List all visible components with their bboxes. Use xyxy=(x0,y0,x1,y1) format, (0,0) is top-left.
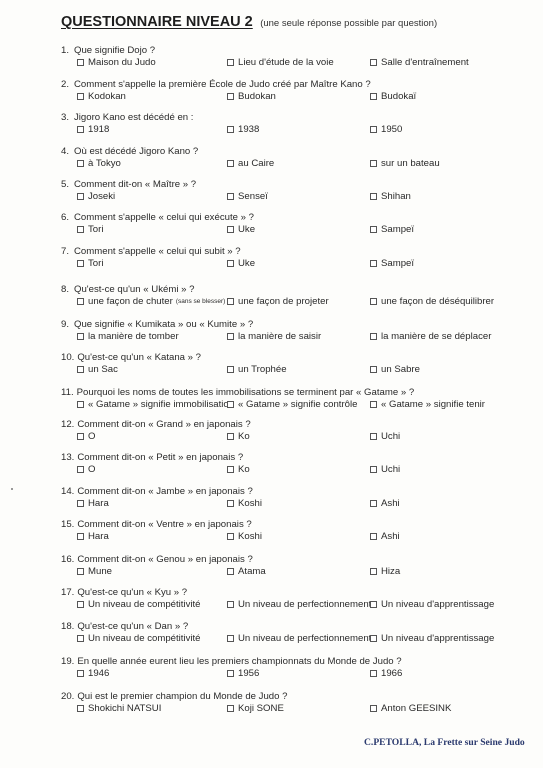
answer-option[interactable]: la manière de saisir xyxy=(227,331,321,342)
checkbox-icon[interactable] xyxy=(227,601,234,608)
checkbox-icon[interactable] xyxy=(370,193,377,200)
question-number: 16. xyxy=(61,554,74,565)
question-number: 4. xyxy=(61,146,71,157)
answer-option-label: Ashi xyxy=(381,531,400,542)
checkbox-icon[interactable] xyxy=(227,366,234,373)
answer-option-label: un Sac xyxy=(88,364,118,375)
answer-option-label: Hara xyxy=(88,498,109,509)
answer-option[interactable]: Ashi xyxy=(370,531,400,542)
question-20: 20.Qui est le premier champion du Monde … xyxy=(0,691,543,721)
checkbox-icon[interactable] xyxy=(77,705,84,712)
answer-option[interactable]: Sampeï xyxy=(370,258,414,269)
question-number: 1. xyxy=(61,45,71,56)
answer-option-label: Shokichi NATSUI xyxy=(88,703,161,714)
question-number: 6. xyxy=(61,212,71,223)
answer-option[interactable]: Senseï xyxy=(227,191,268,202)
answer-option[interactable]: Hiza xyxy=(370,566,400,577)
question-number: 5. xyxy=(61,179,71,190)
checkbox-icon[interactable] xyxy=(227,226,234,233)
checkbox-icon[interactable] xyxy=(370,635,377,642)
checkbox-icon[interactable] xyxy=(77,533,84,540)
answer-option-label: Ko xyxy=(238,431,250,442)
title-row: QUESTIONNAIRE NIVEAU 2 (une seule répons… xyxy=(61,13,437,31)
answer-option[interactable]: Anton GEESINK xyxy=(370,703,451,714)
answer-option[interactable]: sur un bateau xyxy=(370,158,440,169)
scan-speck xyxy=(11,488,13,490)
answer-option-label: Uke xyxy=(238,224,255,235)
checkbox-icon[interactable] xyxy=(227,466,234,473)
answer-option[interactable]: O xyxy=(77,464,95,475)
answer-option[interactable]: une façon de chuter(sans se blesser) xyxy=(77,296,225,307)
answer-option[interactable]: Lieu d'étude de la voie xyxy=(227,57,334,68)
checkbox-icon[interactable] xyxy=(77,333,84,340)
answer-option-label: Uchi xyxy=(381,431,400,442)
answer-option[interactable]: Budokan xyxy=(227,91,276,102)
checkbox-icon[interactable] xyxy=(77,126,84,133)
question-text: 11.Pourquoi les noms de toutes les immob… xyxy=(61,387,414,398)
checkbox-icon[interactable] xyxy=(77,433,84,440)
answer-option[interactable]: 1918 xyxy=(77,124,109,135)
checkbox-icon[interactable] xyxy=(370,160,377,167)
question-text: 16.Comment dit-on « Genou » en japonais … xyxy=(61,554,253,565)
answer-option[interactable]: « Gatame » signifie immobilisation xyxy=(77,399,234,410)
checkbox-icon[interactable] xyxy=(370,226,377,233)
question-text: 20.Qui est le premier champion du Monde … xyxy=(61,691,287,702)
checkbox-icon[interactable] xyxy=(370,298,377,305)
question-label: Qu'est-ce qu'un « Kyu » ? xyxy=(77,587,187,598)
question-5: 5.Comment dit-on « Maître » ?JosekiSense… xyxy=(0,179,543,209)
answer-option-label: Koshi xyxy=(238,531,262,542)
page-subtitle: (une seule réponse possible par question… xyxy=(260,18,437,29)
question-text: 5.Comment dit-on « Maître » ? xyxy=(61,179,196,190)
answer-option-label: Ko xyxy=(238,464,250,475)
answer-option[interactable]: Shokichi NATSUI xyxy=(77,703,161,714)
question-label: Qu'est-ce qu'un « Katana » ? xyxy=(77,352,201,363)
answer-option-label: Un niveau d'apprentissage xyxy=(381,633,494,644)
answer-option-label: Anton GEESINK xyxy=(381,703,451,714)
question-text: 15.Comment dit-on « Ventre » en japonais… xyxy=(61,519,252,530)
answer-option-label: 1946 xyxy=(88,668,109,679)
answer-option-label: Un niveau de perfectionnement xyxy=(238,633,371,644)
answer-option-label: à Tokyo xyxy=(88,158,121,169)
question-number: 7. xyxy=(61,246,71,257)
checkbox-icon[interactable] xyxy=(227,433,234,440)
question-label: Comment dit-on « Maître » ? xyxy=(74,179,196,190)
answer-option-label: O xyxy=(88,431,95,442)
question-text: 18.Qu'est-ce qu'un « Dan » ? xyxy=(61,621,188,632)
question-text: 12.Comment dit-on « Grand » en japonais … xyxy=(61,419,251,430)
question-label: Qu'est-ce qu'un « Ukémi » ? xyxy=(74,284,194,295)
checkbox-icon[interactable] xyxy=(227,333,234,340)
checkbox-icon[interactable] xyxy=(227,533,234,540)
checkbox-icon[interactable] xyxy=(227,93,234,100)
answer-option[interactable]: Ko xyxy=(227,431,250,442)
question-14: 14.Comment dit-on « Jambe » en japonais … xyxy=(0,486,543,516)
answer-option-label: Un niveau de compétitivité xyxy=(88,633,201,644)
answer-option-label: Hiza xyxy=(381,566,400,577)
answer-option[interactable]: Koji SONE xyxy=(227,703,284,714)
checkbox-icon[interactable] xyxy=(370,466,377,473)
question-10: 10.Qu'est-ce qu'un « Katana » ?un Sacun … xyxy=(0,352,543,382)
answer-option-label: Ashi xyxy=(381,498,400,509)
answer-option-note: (sans se blesser) xyxy=(176,298,226,305)
question-label: Que signifie « Kumikata » ou « Kumite » … xyxy=(74,319,253,330)
question-8: 8.Qu'est-ce qu'un « Ukémi » ?une façon d… xyxy=(0,284,543,314)
answer-option-label: Uchi xyxy=(381,464,400,475)
question-18: 18.Qu'est-ce qu'un « Dan » ?Un niveau de… xyxy=(0,621,543,651)
question-label: Pourquoi les noms de toutes les immobili… xyxy=(77,387,415,398)
answer-option-label: au Caire xyxy=(238,158,274,169)
checkbox-icon[interactable] xyxy=(77,298,84,305)
checkbox-icon[interactable] xyxy=(370,93,377,100)
answer-option-label: Budokan xyxy=(238,91,276,102)
question-label: Comment dit-on « Jambe » en japonais ? xyxy=(77,486,252,497)
answer-option[interactable]: Koshi xyxy=(227,531,262,542)
answer-option-label: un Sabre xyxy=(381,364,420,375)
checkbox-icon[interactable] xyxy=(227,401,234,408)
question-number: 13. xyxy=(61,452,74,463)
question-text: 10.Qu'est-ce qu'un « Katana » ? xyxy=(61,352,201,363)
question-number: 14. xyxy=(61,486,74,497)
answer-option[interactable]: Shihan xyxy=(370,191,411,202)
answer-option-label: Hara xyxy=(88,531,109,542)
question-text: 3.Jigoro Kano est décédé en : xyxy=(61,112,193,123)
answer-option[interactable]: O xyxy=(77,431,95,442)
question-number: 8. xyxy=(61,284,71,295)
answer-option-label: la manière de se déplacer xyxy=(381,331,491,342)
answer-option-label: Tori xyxy=(88,258,103,269)
answer-option[interactable]: 1956 xyxy=(227,668,259,679)
question-2: 2.Comment s'appelle la première École de… xyxy=(0,79,543,109)
answer-option[interactable]: à Tokyo xyxy=(77,158,121,169)
question-label: Comment dit-on « Petit » en japonais ? xyxy=(77,452,243,463)
answer-option[interactable]: Hara xyxy=(77,531,109,542)
answer-option-label: une façon de déséquilibrer xyxy=(381,296,494,307)
answer-option[interactable]: Mune xyxy=(77,566,112,577)
checkbox-icon[interactable] xyxy=(227,298,234,305)
answer-option-label: Shihan xyxy=(381,191,411,202)
question-label: Comment s'appelle « celui qui exécute » … xyxy=(74,212,254,223)
checkbox-icon[interactable] xyxy=(77,601,84,608)
question-text: 2.Comment s'appelle la première École de… xyxy=(61,79,371,90)
question-label: Comment dit-on « Ventre » en japonais ? xyxy=(77,519,251,530)
checkbox-icon[interactable] xyxy=(370,705,377,712)
answer-option-label: Tori xyxy=(88,224,103,235)
checkbox-icon[interactable] xyxy=(77,568,84,575)
answer-option[interactable]: Atama xyxy=(227,566,266,577)
question-number: 10. xyxy=(61,352,74,363)
answer-option[interactable]: 1950 xyxy=(370,124,402,135)
questionnaire-page: QUESTIONNAIRE NIVEAU 2 (une seule répons… xyxy=(0,0,543,768)
question-label: Qu'est-ce qu'un « Dan » ? xyxy=(77,621,188,632)
question-9: 9.Que signifie « Kumikata » ou « Kumite … xyxy=(0,319,543,349)
answer-option[interactable]: 1938 xyxy=(227,124,259,135)
answer-option[interactable]: Koshi xyxy=(227,498,262,509)
question-label: Qui est le premier champion du Monde de … xyxy=(77,691,287,702)
question-text: 17.Qu'est-ce qu'un « Kyu » ? xyxy=(61,587,187,598)
answer-option-label: Kodokan xyxy=(88,91,126,102)
answer-option[interactable]: au Caire xyxy=(227,158,274,169)
question-number: 20. xyxy=(61,691,74,702)
checkbox-icon[interactable] xyxy=(77,226,84,233)
answer-option-label: « Gatame » signifie contrôle xyxy=(238,399,357,410)
answer-option-label: Joseki xyxy=(88,191,115,202)
question-label: Où est décédé Jigoro Kano ? xyxy=(74,146,198,157)
question-label: Jigoro Kano est décédé en : xyxy=(74,112,193,123)
question-number: 2. xyxy=(61,79,71,90)
answer-option-label: Sampeï xyxy=(381,224,414,235)
question-text: 1.Que signifie Dojo ? xyxy=(61,45,155,56)
question-text: 4.Où est décédé Jigoro Kano ? xyxy=(61,146,198,157)
question-number: 19. xyxy=(61,656,74,667)
question-text: 7.Comment s'appelle « celui qui subit » … xyxy=(61,246,241,257)
checkbox-icon[interactable] xyxy=(227,568,234,575)
checkbox-icon[interactable] xyxy=(370,568,377,575)
answer-option-label: O xyxy=(88,464,95,475)
answer-option-label: Un niveau de perfectionnement xyxy=(238,599,371,610)
question-label: Comment s'appelle « celui qui subit » ? xyxy=(74,246,241,257)
answer-option[interactable]: Tori xyxy=(77,258,103,269)
checkbox-icon[interactable] xyxy=(227,500,234,507)
answer-option-label: sur un bateau xyxy=(381,158,440,169)
answer-option-label: Koshi xyxy=(238,498,262,509)
question-number: 18. xyxy=(61,621,74,632)
question-1: 1.Que signifie Dojo ?Maison du JudoLieu … xyxy=(0,45,543,75)
checkbox-icon[interactable] xyxy=(227,635,234,642)
checkbox-icon[interactable] xyxy=(77,401,84,408)
question-6: 6.Comment s'appelle « celui qui exécute … xyxy=(0,212,543,242)
page-title: QUESTIONNAIRE NIVEAU 2 xyxy=(61,14,253,30)
answer-option-label: une façon de chuter xyxy=(88,296,173,307)
checkbox-icon[interactable] xyxy=(77,500,84,507)
question-number: 12. xyxy=(61,419,74,430)
answer-option-label: 1950 xyxy=(381,124,402,135)
checkbox-icon[interactable] xyxy=(227,126,234,133)
checkbox-icon[interactable] xyxy=(370,601,377,608)
question-7: 7.Comment s'appelle « celui qui subit » … xyxy=(0,246,543,276)
answer-option[interactable]: Ko xyxy=(227,464,250,475)
answer-option[interactable]: Uchi xyxy=(370,431,400,442)
answer-option-label: Salle d'entraînement xyxy=(381,57,469,68)
answer-option[interactable]: Salle d'entraînement xyxy=(370,57,469,68)
answer-option-label: Senseï xyxy=(238,191,268,202)
question-text: 19.En quelle année eurent lieu les premi… xyxy=(61,656,402,667)
answer-option[interactable]: une façon de déséquilibrer xyxy=(370,296,494,307)
answer-option-label: 1966 xyxy=(381,668,402,679)
answer-option[interactable]: la manière de tomber xyxy=(77,331,179,342)
answer-option-label: 1956 xyxy=(238,668,259,679)
answer-option-label: Atama xyxy=(238,566,266,577)
checkbox-icon[interactable] xyxy=(370,333,377,340)
question-16: 16.Comment dit-on « Genou » en japonais … xyxy=(0,554,543,584)
question-text: 6.Comment s'appelle « celui qui exécute … xyxy=(61,212,254,223)
checkbox-icon[interactable] xyxy=(370,366,377,373)
answer-option[interactable]: Uchi xyxy=(370,464,400,475)
question-text: 9.Que signifie « Kumikata » ou « Kumite … xyxy=(61,319,253,330)
question-19: 19.En quelle année eurent lieu les premi… xyxy=(0,656,543,686)
question-label: Comment s'appelle la première École de J… xyxy=(74,79,371,90)
answer-option-label: une façon de projeter xyxy=(238,296,329,307)
checkbox-icon[interactable] xyxy=(370,500,377,507)
question-3: 3.Jigoro Kano est décédé en :19181938195… xyxy=(0,112,543,142)
question-number: 15. xyxy=(61,519,74,530)
answer-option[interactable]: Un niveau de perfectionnement xyxy=(227,633,371,644)
question-13: 13.Comment dit-on « Petit » en japonais … xyxy=(0,452,543,482)
checkbox-icon[interactable] xyxy=(77,193,84,200)
answer-option-label: 1918 xyxy=(88,124,109,135)
answer-option[interactable]: 1946 xyxy=(77,668,109,679)
answer-option[interactable]: Un niveau d'apprentissage xyxy=(370,599,494,610)
answer-option[interactable]: Sampeï xyxy=(370,224,414,235)
checkbox-icon[interactable] xyxy=(370,260,377,267)
question-text: 8.Qu'est-ce qu'un « Ukémi » ? xyxy=(61,284,194,295)
answer-option[interactable]: « Gatame » signifie contrôle xyxy=(227,399,357,410)
answer-option[interactable]: Maison du Judo xyxy=(77,57,156,68)
checkbox-icon[interactable] xyxy=(77,59,84,66)
checkbox-icon[interactable] xyxy=(77,160,84,167)
answer-option[interactable]: Un niveau de perfectionnement xyxy=(227,599,371,610)
answer-option[interactable]: Kodokan xyxy=(77,91,126,102)
checkbox-icon[interactable] xyxy=(77,466,84,473)
checkbox-icon[interactable] xyxy=(227,160,234,167)
question-15: 15.Comment dit-on « Ventre » en japonais… xyxy=(0,519,543,549)
question-number: 9. xyxy=(61,319,71,330)
question-text: 14.Comment dit-on « Jambe » en japonais … xyxy=(61,486,253,497)
answer-option[interactable]: Uke xyxy=(227,224,255,235)
answer-option-label: 1938 xyxy=(238,124,259,135)
answer-option[interactable]: Un niveau de compétitivité xyxy=(77,633,201,644)
answer-option-label: « Gatame » signifie immobilisation xyxy=(88,399,234,410)
checkbox-icon[interactable] xyxy=(227,193,234,200)
question-17: 17.Qu'est-ce qu'un « Kyu » ?Un niveau de… xyxy=(0,587,543,617)
checkbox-icon[interactable] xyxy=(77,366,84,373)
question-number: 17. xyxy=(61,587,74,598)
checkbox-icon[interactable] xyxy=(370,126,377,133)
checkbox-icon[interactable] xyxy=(77,635,84,642)
answer-option[interactable]: Hara xyxy=(77,498,109,509)
answer-option[interactable]: Ashi xyxy=(370,498,400,509)
question-label: Comment dit-on « Grand » en japonais ? xyxy=(77,419,250,430)
question-number: 3. xyxy=(61,112,71,123)
footer-credit: C.PETOLLA, La Frette sur Seine Judo xyxy=(364,737,525,748)
answer-option-label: la manière de tomber xyxy=(88,331,179,342)
answer-option-label: Un niveau d'apprentissage xyxy=(381,599,494,610)
checkbox-icon[interactable] xyxy=(370,59,377,66)
answer-option[interactable]: un Sabre xyxy=(370,364,420,375)
answer-option-label: Un niveau de compétitivité xyxy=(88,599,201,610)
answer-option-label: Uke xyxy=(238,258,255,269)
answer-option[interactable]: Joseki xyxy=(77,191,115,202)
answer-option[interactable]: Un niveau d'apprentissage xyxy=(370,633,494,644)
question-label: Que signifie Dojo ? xyxy=(74,45,155,56)
question-label: En quelle année eurent lieu les premiers… xyxy=(77,656,401,667)
question-number: 11. xyxy=(61,387,74,398)
answer-option[interactable]: un Sac xyxy=(77,364,118,375)
answer-option[interactable]: 1966 xyxy=(370,668,402,679)
checkbox-icon[interactable] xyxy=(370,401,377,408)
answer-option-label: « Gatame » signifie tenir xyxy=(381,399,485,410)
question-label: Comment dit-on « Genou » en japonais ? xyxy=(77,554,252,565)
checkbox-icon[interactable] xyxy=(77,670,84,677)
answer-option-label: Koji SONE xyxy=(238,703,284,714)
answer-option[interactable]: Un niveau de compétitivité xyxy=(77,599,201,610)
answer-option-label: la manière de saisir xyxy=(238,331,321,342)
checkbox-icon[interactable] xyxy=(227,59,234,66)
answer-option[interactable]: Tori xyxy=(77,224,103,235)
question-12: 12.Comment dit-on « Grand » en japonais … xyxy=(0,419,543,449)
answer-option-label: Maison du Judo xyxy=(88,57,156,68)
answer-option-label: Lieu d'étude de la voie xyxy=(238,57,334,68)
answer-option[interactable]: une façon de projeter xyxy=(227,296,329,307)
answer-option-label: un Trophée xyxy=(238,364,287,375)
answer-option[interactable]: la manière de se déplacer xyxy=(370,331,491,342)
checkbox-icon[interactable] xyxy=(370,533,377,540)
answer-option-label: Sampeï xyxy=(381,258,414,269)
question-11: 11.Pourquoi les noms de toutes les immob… xyxy=(0,387,543,417)
question-4: 4.Où est décédé Jigoro Kano ?à Tokyoau C… xyxy=(0,146,543,176)
checkbox-icon[interactable] xyxy=(370,433,377,440)
answer-option[interactable]: Budokaï xyxy=(370,91,416,102)
answer-option[interactable]: Uke xyxy=(227,258,255,269)
checkbox-icon[interactable] xyxy=(227,705,234,712)
checkbox-icon[interactable] xyxy=(77,260,84,267)
checkbox-icon[interactable] xyxy=(227,670,234,677)
checkbox-icon[interactable] xyxy=(77,93,84,100)
answer-option[interactable]: un Trophée xyxy=(227,364,287,375)
checkbox-icon[interactable] xyxy=(370,670,377,677)
answer-option-label: Mune xyxy=(88,566,112,577)
answer-option[interactable]: « Gatame » signifie tenir xyxy=(370,399,485,410)
question-text: 13.Comment dit-on « Petit » en japonais … xyxy=(61,452,243,463)
answer-option-label: Budokaï xyxy=(381,91,416,102)
checkbox-icon[interactable] xyxy=(227,260,234,267)
